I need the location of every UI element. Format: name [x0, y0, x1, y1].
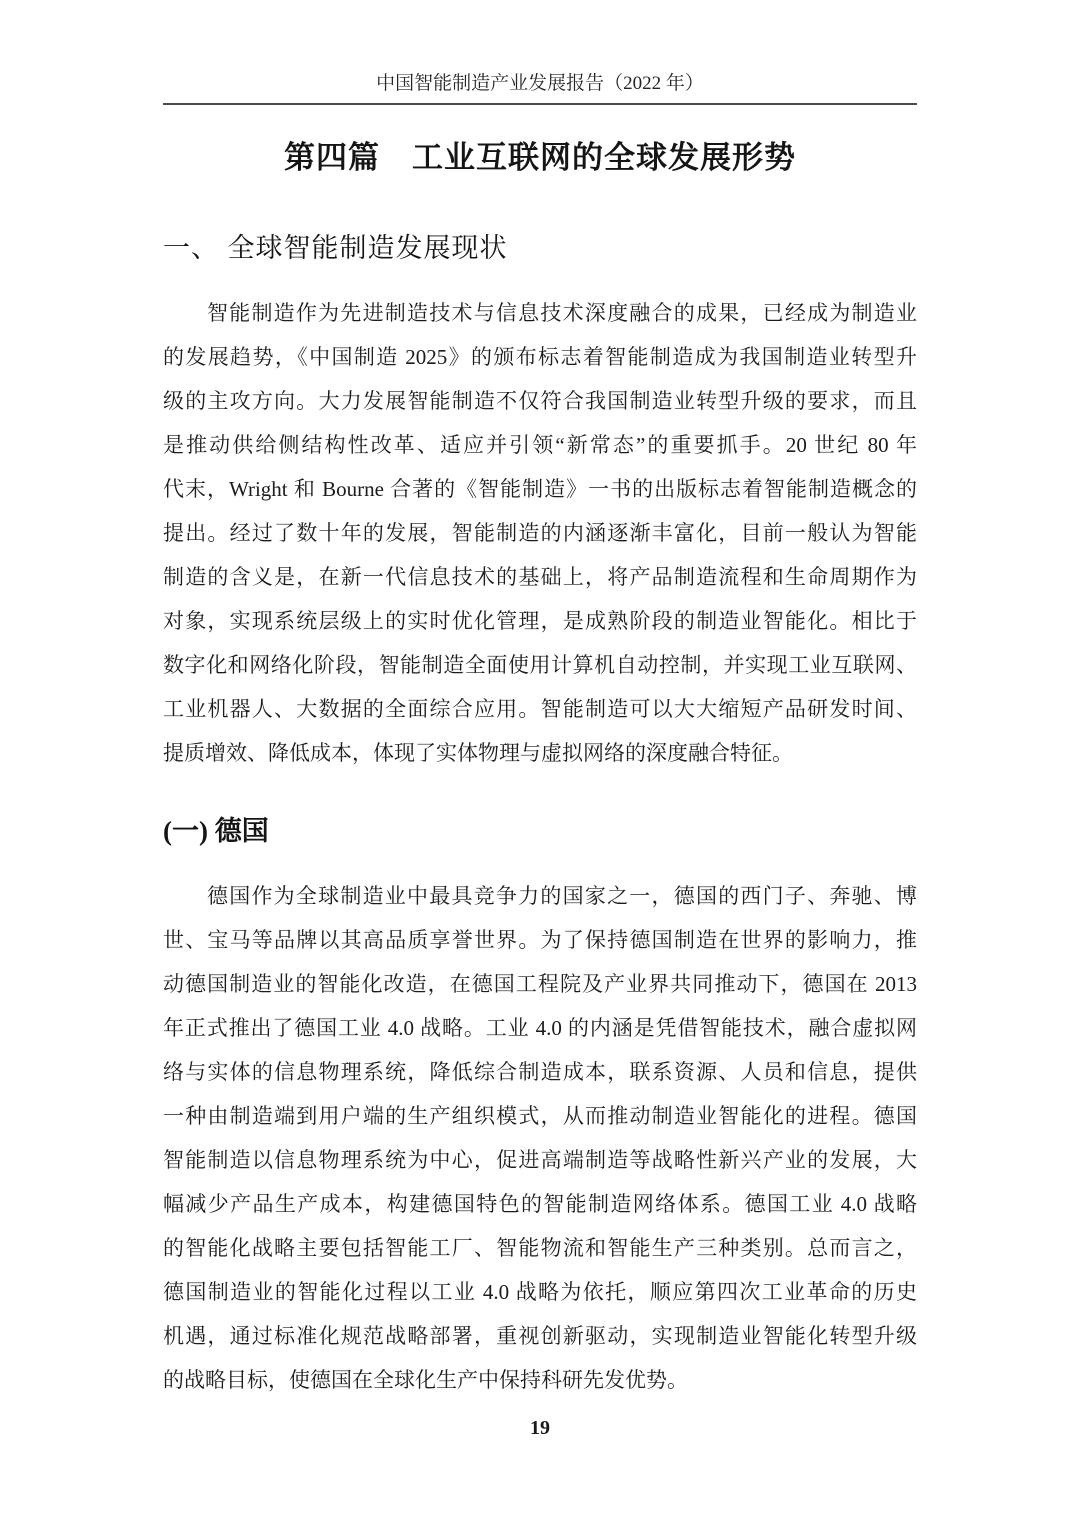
text-line: 智能制造作为先进制造技术与信息技术深度融合的成果，已经成为制造业 [163, 291, 917, 335]
text-line: 世、宝马等品牌以其高品质享誉世界。为了保持德国制造在世界的影响力，推 [163, 918, 917, 962]
text-line: 是推动供给侧结构性改革、适应并引领“新常态”的重要抓手。20 世纪 80 年 [163, 423, 917, 467]
text-line: 的智能化战略主要包括智能工厂、智能物流和智能生产三种类别。总而言之， [163, 1226, 917, 1270]
text-line: 工业机器人、大数据的全面综合应用。智能制造可以大大缩短产品研发时间、 [163, 687, 917, 731]
page-number: 19 [163, 1416, 917, 1440]
text-line: 数字化和网络化阶段，智能制造全面使用计算机自动控制，并实现工业互联网、 [163, 643, 917, 687]
text-line: 德国制造业的智能化过程以工业 4.0 战略为依托，顺应第四次工业革命的历史 [163, 1270, 917, 1314]
chapter-title: 第四篇 工业互联网的全球发展形势 [163, 139, 917, 176]
subsection-heading-germany: (一) 德国 [163, 815, 917, 848]
text-line: 代末，Wright 和 Bourne 合著的《智能制造》一书的出版标志着智能制造… [163, 467, 917, 511]
text-line: 制造的含义是，在新一代信息技术的基础上，将产品制造流程和生命周期作为 [163, 555, 917, 599]
text-line: 的战略目标，使德国在全球化生产中保持科研先发优势。 [163, 1358, 917, 1402]
text-line: 德国作为全球制造业中最具竞争力的国家之一，德国的西门子、奔驰、博 [163, 874, 917, 918]
section-heading: 一、 全球智能制造发展现状 [163, 232, 917, 265]
text-line: 一种由制造端到用户端的生产组织模式，从而推动制造业智能化的进程。德国 [163, 1094, 917, 1138]
running-title: 中国智能制造产业发展报告（2022 年） [163, 72, 917, 96]
text-line: 动德国制造业的智能化改造，在德国工程院及产业界共同推动下，德国在 2013 [163, 962, 917, 1006]
page-header: 中国智能制造产业发展报告（2022 年） [163, 72, 917, 105]
page-footer: 19 [163, 1416, 917, 1440]
text-line: 级的主攻方向。大力发展智能制造不仅符合我国制造业转型升级的要求，而且 [163, 379, 917, 423]
text-line: 幅减少产品生产成本，构建德国特色的智能制造网络体系。德国工业 4.0 战略 [163, 1182, 917, 1226]
text-line: 年正式推出了德国工业 4.0 战略。工业 4.0 的内涵是凭借智能技术，融合虚拟… [163, 1006, 917, 1050]
text-line: 的发展趋势，《中国制造 2025》的颁布标志着智能制造成为我国制造业转型升 [163, 335, 917, 379]
text-line: 对象，实现系统层级上的实时优化管理，是成熟阶段的制造业智能化。相比于 [163, 599, 917, 643]
text-line: 络与实体的信息物理系统，降低综合制造成本，联系资源、人员和信息，提供 [163, 1050, 917, 1094]
document-page: 中国智能制造产业发展报告（2022 年） 第四篇 工业互联网的全球发展形势 一、… [0, 0, 1080, 1527]
text-line: 提出。经过了数十年的发展，智能制造的内涵逐渐丰富化，目前一般认为智能 [163, 511, 917, 555]
text-line: 提质增效、降低成本，体现了实体物理与虚拟网络的深度融合特征。 [163, 731, 917, 775]
paragraph-global-smart-manufacturing: 智能制造作为先进制造技术与信息技术深度融合的成果，已经成为制造业 的发展趋势，《… [163, 291, 917, 775]
text-line: 机遇，通过标准化规范战略部署，重视创新驱动，实现制造业智能化转型升级 [163, 1314, 917, 1358]
paragraph-germany: 德国作为全球制造业中最具竞争力的国家之一，德国的西门子、奔驰、博 世、宝马等品牌… [163, 874, 917, 1402]
text-line: 智能制造以信息物理系统为中心，促进高端制造等战略性新兴产业的发展，大 [163, 1138, 917, 1182]
header-rule [163, 103, 917, 105]
